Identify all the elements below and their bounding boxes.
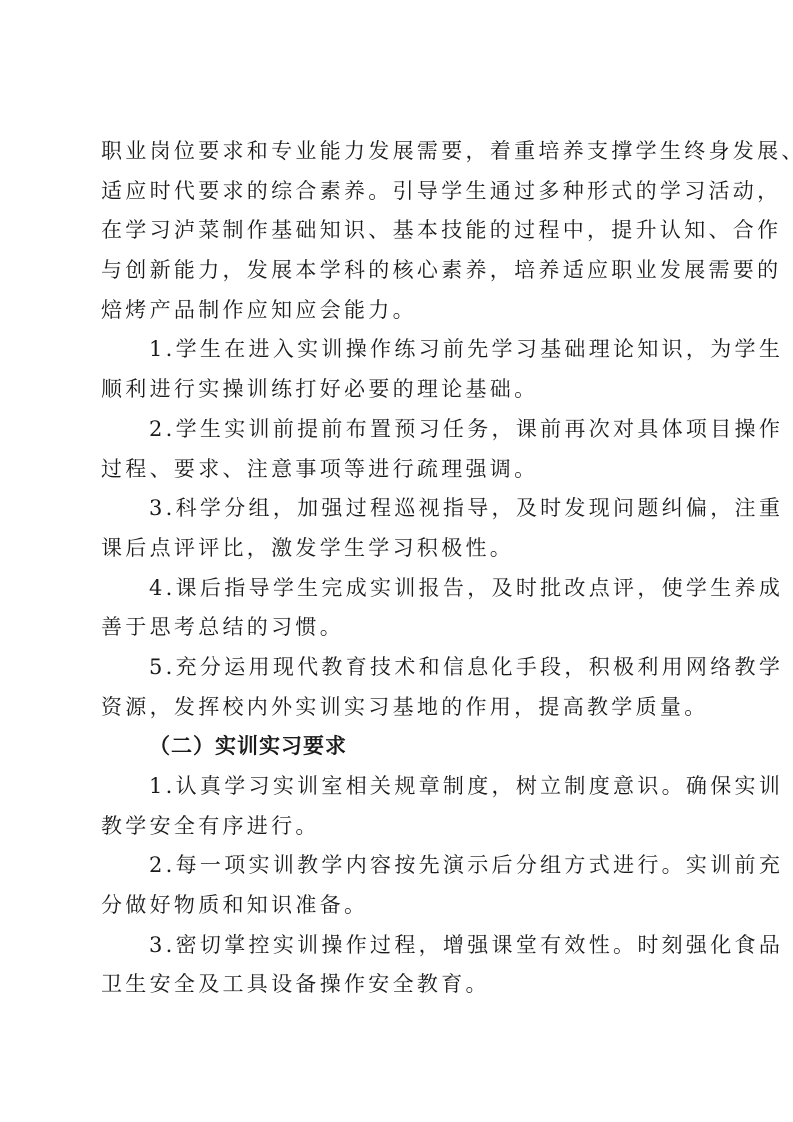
list-item-first-line: 4.课后指导学生完成实训报告，及时批改点评，使学生养成: [101, 569, 705, 609]
list-item-first-line: 2.学生实训前提前布置预习任务，课前再次对具体项目操作: [101, 410, 705, 450]
list-item-line: 教学安全有序进行。: [101, 807, 705, 847]
list-item-line: 资源，发挥校内外实训实习基地的作用，提高教学质量。: [101, 688, 705, 728]
requirement-item-list: 1.认真学习实训室相关规章制度，树立制度意识。确保实训 教学安全有序进行。 2.…: [101, 767, 705, 1005]
list-item-first-line: 3.科学分组，加强过程巡视指导，及时发现问题纠偏，注重: [101, 489, 705, 529]
list-item-first-line: 3.密切掌控实训操作过程，增强课堂有效性。时刻强化食品: [101, 926, 705, 966]
requirement-item: 3.密切掌控实训操作过程，增强课堂有效性。时刻强化食品 卫生安全及工具设备操作安…: [101, 926, 705, 1005]
teaching-item-list: 1.学生在进入实训操作练习前先学习基础理论知识，为学生 顺利进行实操训练打好必要…: [101, 330, 705, 727]
section-heading: （二）实训实习要求: [101, 727, 705, 767]
teaching-item: 3.科学分组，加强过程巡视指导，及时发现问题纠偏，注重 课后点评评比，激发学生学…: [101, 489, 705, 568]
intro-paragraph: 职业岗位要求和专业能力发展需要，着重培养支撑学生终身发展、 适应时代要求的综合素…: [101, 132, 705, 330]
list-item-line: 过程、要求、注意事项等进行疏理强调。: [101, 450, 705, 490]
list-item-line: 分做好物质和知识准备。: [101, 886, 705, 926]
paragraph-line: 与创新能力，发展本学科的核心素养，培养适应职业发展需要的: [101, 251, 705, 291]
requirement-item: 1.认真学习实训室相关规章制度，树立制度意识。确保实训 教学安全有序进行。: [101, 767, 705, 846]
paragraph-line: 适应时代要求的综合素养。引导学生通过多种形式的学习活动，: [101, 172, 705, 212]
list-item-line: 课后点评评比，激发学生学习积极性。: [101, 529, 705, 569]
list-item-first-line: 2.每一项实训教学内容按先演示后分组方式进行。实训前充: [101, 846, 705, 886]
paragraph-line: 职业岗位要求和专业能力发展需要，着重培养支撑学生终身发展、: [101, 132, 705, 172]
list-item-first-line: 1.学生在进入实训操作练习前先学习基础理论知识，为学生: [101, 330, 705, 370]
list-item-line: 顺利进行实操训练打好必要的理论基础。: [101, 370, 705, 410]
list-item-line: 卫生安全及工具设备操作安全教育。: [101, 965, 705, 1005]
teaching-item: 5.充分运用现代教育技术和信息化手段，积极利用网络教学 资源，发挥校内外实训实习…: [101, 648, 705, 727]
list-item-first-line: 1.认真学习实训室相关规章制度，树立制度意识。确保实训: [101, 767, 705, 807]
paragraph-line: 焙烤产品制作应知应会能力。: [101, 291, 705, 331]
teaching-item: 2.学生实训前提前布置预习任务，课前再次对具体项目操作 过程、要求、注意事项等进…: [101, 410, 705, 489]
document-page: 职业岗位要求和专业能力发展需要，着重培养支撑学生终身发展、 适应时代要求的综合素…: [101, 132, 705, 1005]
paragraph-line: 在学习泸菜制作基础知识、基本技能的过程中，提升认知、合作: [101, 211, 705, 251]
requirement-item: 2.每一项实训教学内容按先演示后分组方式进行。实训前充 分做好物质和知识准备。: [101, 846, 705, 925]
teaching-item: 1.学生在进入实训操作练习前先学习基础理论知识，为学生 顺利进行实操训练打好必要…: [101, 330, 705, 409]
list-item-line: 善于思考总结的习惯。: [101, 608, 705, 648]
teaching-item: 4.课后指导学生完成实训报告，及时批改点评，使学生养成 善于思考总结的习惯。: [101, 569, 705, 648]
list-item-first-line: 5.充分运用现代教育技术和信息化手段，积极利用网络教学: [101, 648, 705, 688]
